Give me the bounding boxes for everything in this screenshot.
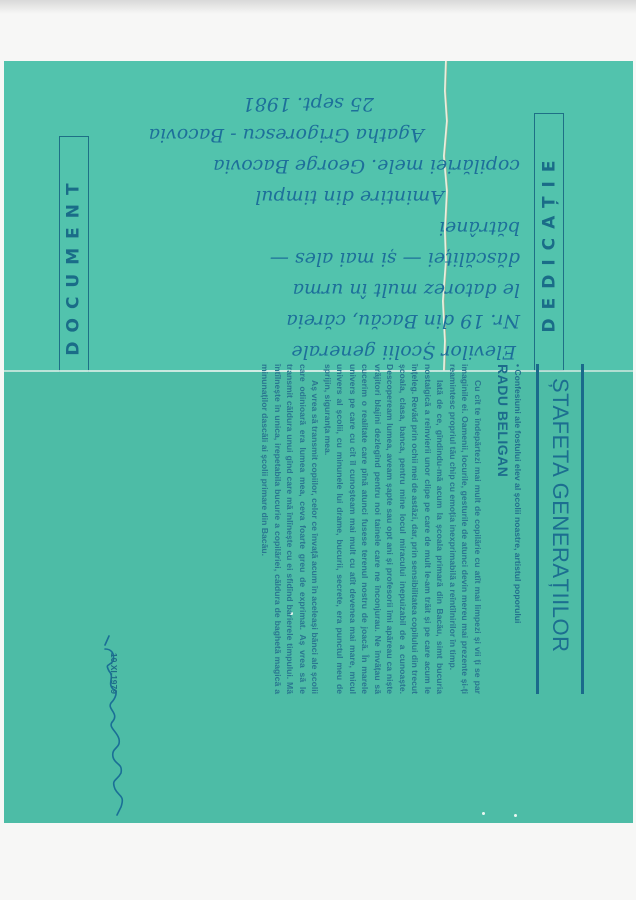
article-title: ȘTAFETA GENERAȚIILOR [547,378,573,652]
handwriting-line: copilăriei mele. George Bacovia [104,150,524,181]
handwriting-line: Nr. 19 din Bacău, căreia [104,305,524,336]
handwriting-line: Agatha Grigorescu - Bacovia [104,119,524,150]
dedication-label-box: DEDICAȚIE [534,113,564,371]
document-label: DOCUMENT [64,174,84,355]
article-paragraph: Aș vrea să transmit copiilor, celor ce î… [259,364,322,694]
printed-article: ȘTAFETA GENERAȚIILOR • Confesiuni ale fo… [64,364,584,694]
article-author: RADU BELIGAN [495,364,511,477]
handwritten-dedication: Elevilor Școlii generale Nr. 19 din Bacă… [104,77,524,367]
handwriting-line: bătrânei [104,212,524,243]
dedication-label: DEDICAȚIE [539,151,559,332]
handwriting-line: Amintire din timpul [104,181,524,212]
article-paragraph: Iată de ce, gîndindu-mă acum la școala p… [322,364,447,694]
dedication-panel: DOCUMENT DEDICAȚIE Elevilor Școlii gener… [4,61,633,371]
article-body: Cu cît te îndepărtezi mai mult de copilă… [259,364,484,694]
document-label-box: DOCUMENT [59,136,89,394]
handwriting-line: dăscăliței — și mai ales — [104,243,524,274]
title-rule: ȘTAFETA GENERAȚIILOR [536,364,584,694]
article-date: 10.XI.1979 [109,554,119,694]
handwriting-date: 25 sept. 1981 [104,88,524,119]
handwriting-line: le datorez mult în urma [104,274,524,305]
handwriting-line: Elevilor Școlii generale [104,336,524,367]
scan-edge-shadow [0,0,636,14]
article-intro: • Confesiuni ale fostului elev al școlii… [511,364,524,694]
article-paragraph: Cu cît te îndepărtezi mai mult de copilă… [447,364,485,694]
